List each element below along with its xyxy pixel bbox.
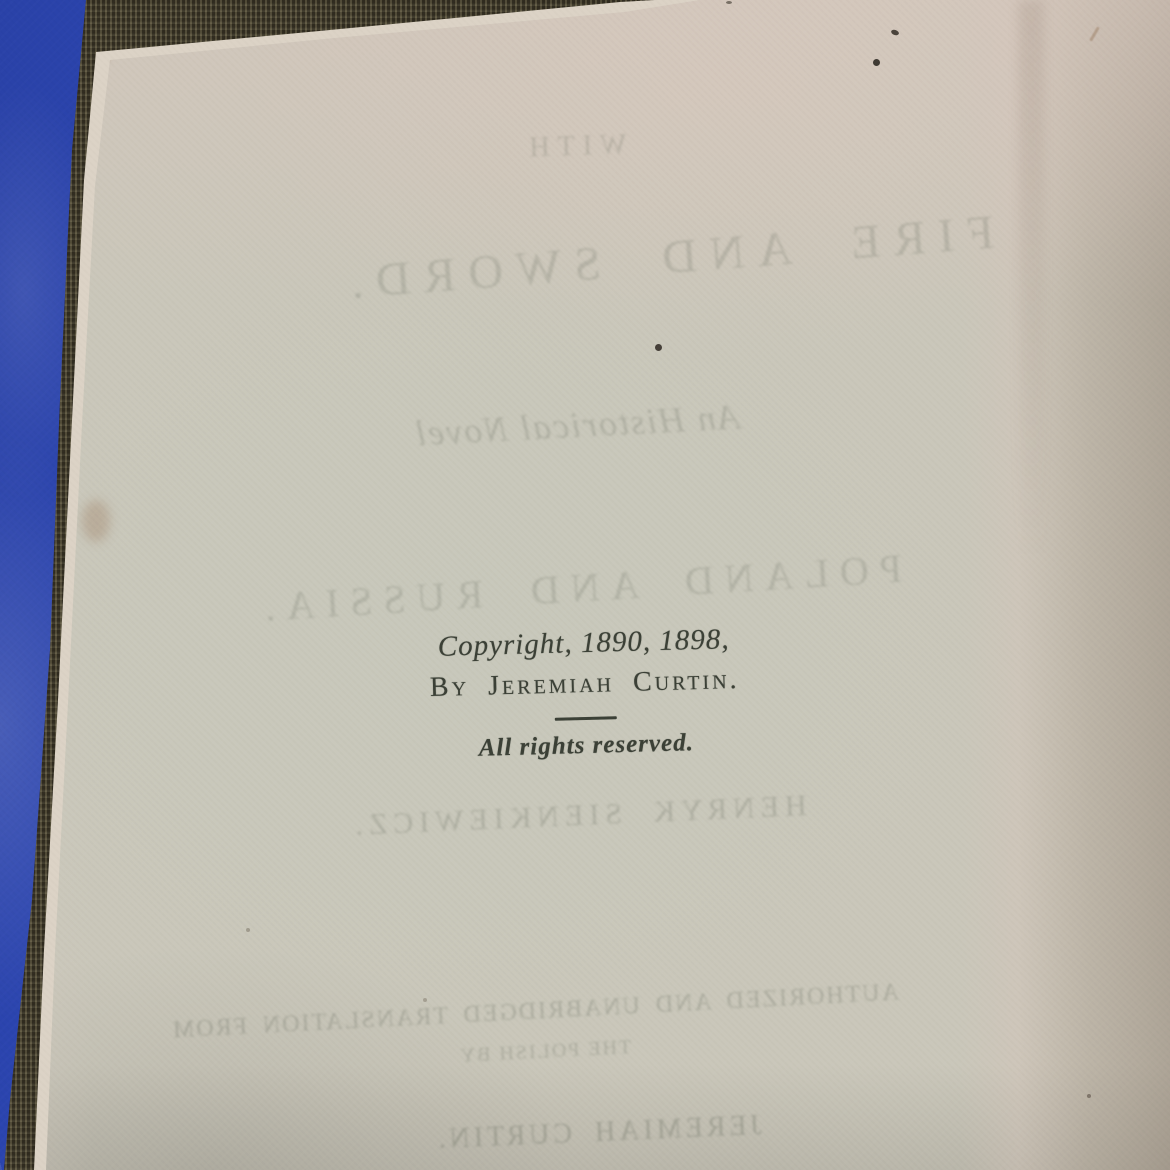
copyright-line: Copyright, 1890, 1898, <box>428 624 738 664</box>
ink-speck <box>890 29 899 36</box>
ink-dot <box>655 344 662 351</box>
page-crease-shadow <box>1018 0 1044 560</box>
foxing-stain <box>82 500 110 542</box>
ink-speck <box>246 928 250 932</box>
book-photo: WITH FIRE AND SWORD. An Historical Novel… <box>0 0 1170 1170</box>
ghost-line-subtitle: An Historical Novel <box>413 395 741 454</box>
ghost-line-translation-2: THE POLISH BY <box>458 1036 632 1068</box>
ink-dot <box>873 59 880 66</box>
byline: By Jeremiah Curtin. <box>430 665 740 704</box>
copyright-page: WITH FIRE AND SWORD. An Historical Novel… <box>0 0 1170 1170</box>
ghost-line-with: WITH <box>521 129 627 165</box>
scratch-mark <box>1089 26 1100 41</box>
rights-line: All rights reserved. <box>431 728 741 764</box>
ghost-line-countries: POLAND AND RUSSIA. <box>253 545 904 632</box>
separator-rule <box>555 716 617 721</box>
ghost-line-author: HENRYK SIENKIEWICZ. <box>349 789 808 843</box>
ghost-line-title: FIRE AND SWORD. <box>336 205 996 311</box>
ink-speck <box>423 998 427 1002</box>
copyright-block: Copyright, 1890, 1898, By Jeremiah Curti… <box>428 624 741 763</box>
ink-speck <box>1087 1094 1091 1098</box>
ink-speck <box>726 1 732 4</box>
ghost-line-translation-1: AUTHORIZED AND UNABRIDGED TRANSLATION FR… <box>170 979 899 1044</box>
ghost-line-translator: JEREMIAH CURTIN. <box>434 1110 762 1156</box>
